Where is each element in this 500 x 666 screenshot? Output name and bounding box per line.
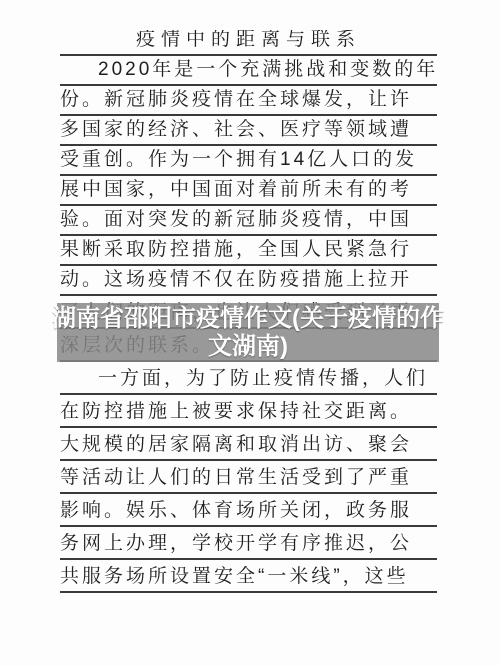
essay-line: 展中国家，中国面对着前所未有的考 bbox=[60, 176, 437, 206]
essay-line: 等活动让人们的日常生活受到了严重 bbox=[60, 461, 437, 494]
essay-line: 在防控措施上被要求保持社交距离。 bbox=[60, 395, 437, 428]
essay-line: 影响。娱乐、体育场所关闭，政务服 bbox=[60, 494, 437, 527]
essay-line: 果断采取防控措施，全国人民紧急行 bbox=[60, 236, 437, 266]
essay-line: 动。这场疫情不仅在防疫措施上拉开 bbox=[60, 266, 437, 296]
essay-line: 2020年是一个充满挑战和变数的年 bbox=[60, 56, 437, 86]
essay-line: 受重创。作为一个拥有14亿人口的发 bbox=[60, 146, 437, 176]
essay-photo: 疫情中的距离与联系 2020年是一个充满挑战和变数的年 份。新冠肺炎疫情在全球爆… bbox=[0, 0, 500, 666]
caption-overlay: 湖南省邵阳市疫情作文(关于疫情的作 文湖南) bbox=[57, 303, 439, 362]
essay-title: 疫情中的距离与联系 bbox=[60, 30, 437, 56]
essay-line: 份。新冠肺炎疫情在全球爆发，让许 bbox=[60, 86, 437, 116]
essay-line: 大规模的居家隔离和取消出访、聚会 bbox=[60, 428, 437, 461]
essay-line: 务网上办理，学校开学有序推迟，公 bbox=[60, 527, 437, 560]
caption-text-line1: 湖南省邵阳市疫情作文(关于疫情的作 bbox=[52, 305, 444, 333]
essay-line: 共服务场所设置安全“一米线”，这些 bbox=[60, 560, 437, 593]
essay-line: 验。面对突发的新冠肺炎疫情，中国 bbox=[60, 206, 437, 236]
essay-line: 一方面，为了防止疫情传播，人们 bbox=[60, 362, 437, 395]
essay-line: 多国家的经济、社会、医疗等领域遭 bbox=[60, 116, 437, 146]
caption-text-line2: 文湖南) bbox=[208, 333, 288, 361]
